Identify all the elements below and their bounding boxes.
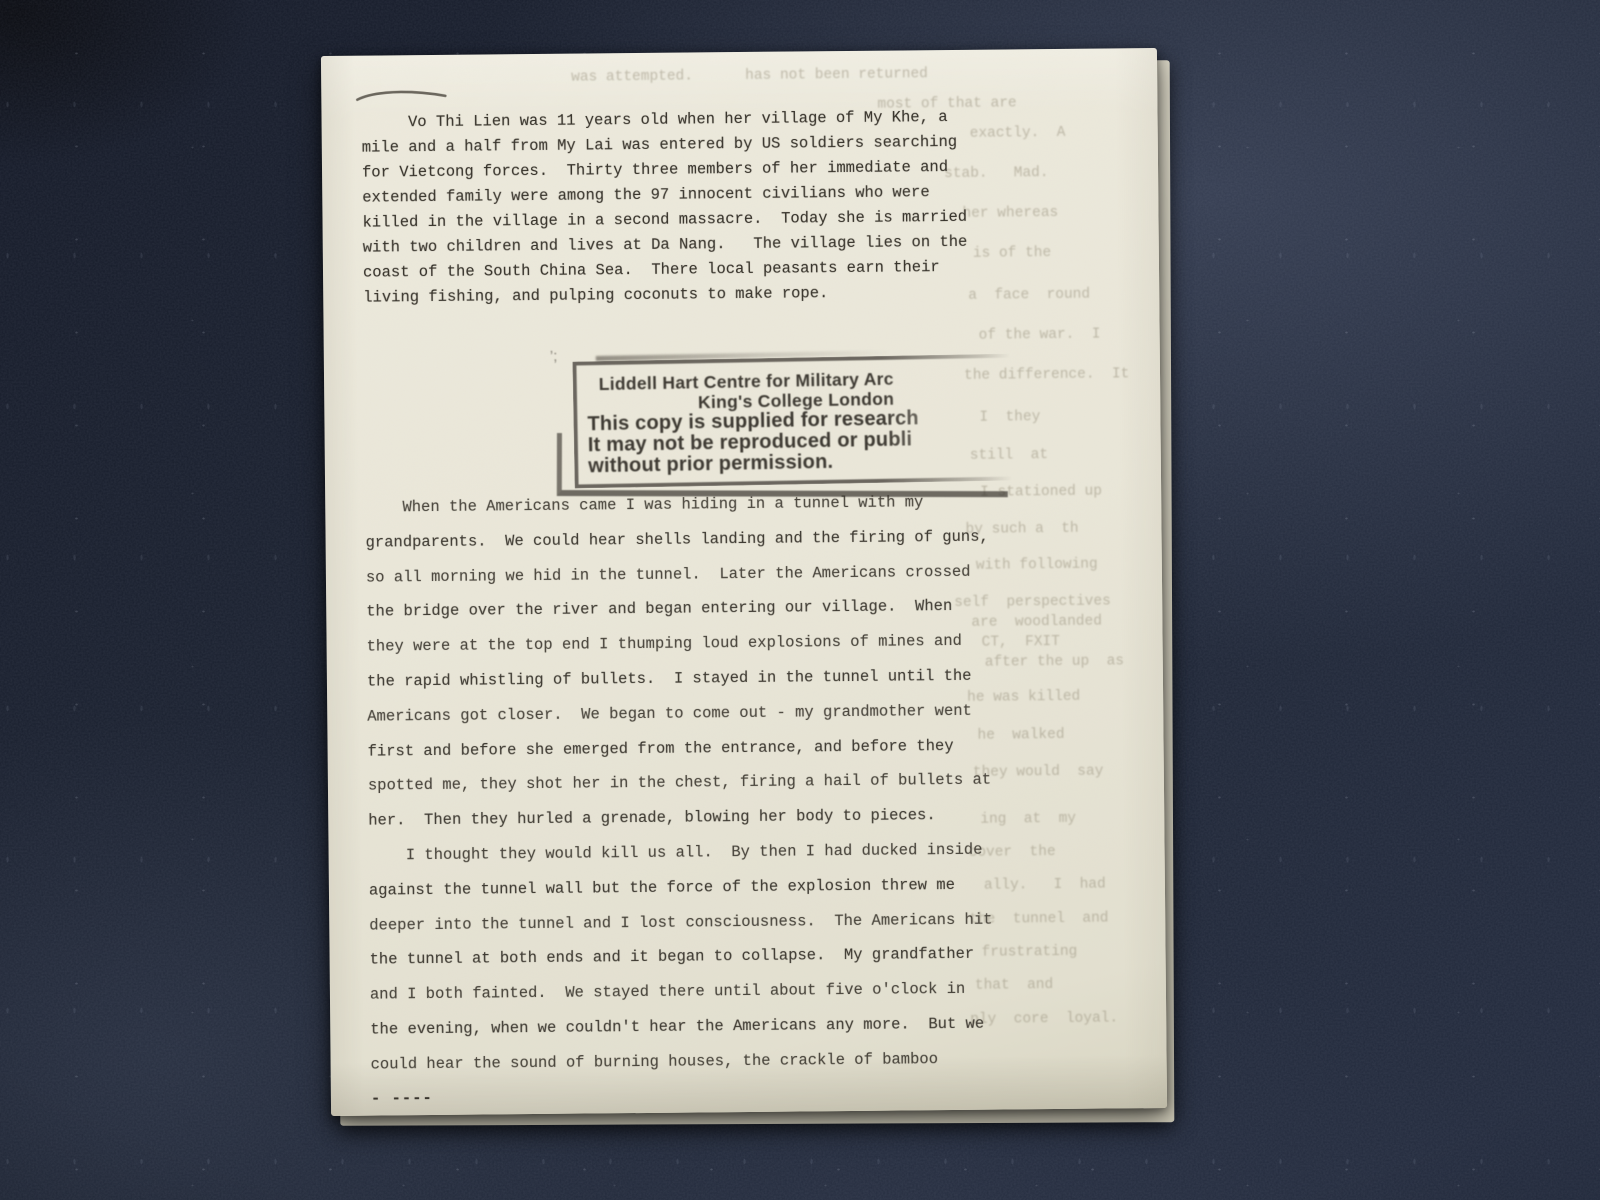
typed-line: I thought they would kill us all. By the… <box>368 833 992 874</box>
bleedthrough-fragment: is of the <box>973 245 1051 262</box>
bleedthrough-fragment: with following <box>976 557 1098 574</box>
typed-line: her. Then they hurled a grenade, blowing… <box>368 798 992 839</box>
bleedthrough-fragment: a face round <box>968 287 1090 304</box>
bleedthrough-fragment: ally. I had <box>984 877 1106 894</box>
typed-line: grandparents. We could hear shells landi… <box>365 519 989 560</box>
typed-line: the evening, when we couldn't hear the A… <box>370 1007 994 1048</box>
bleedthrough-fragment: ing at my <box>980 811 1076 828</box>
bleedthrough-fragment: was attempted. has not been returned <box>571 66 928 85</box>
pen-mark <box>355 88 451 107</box>
typed-line: deeper into the tunnel and I lost consci… <box>369 902 993 943</box>
typed-line: Americans got closer. We began to come o… <box>367 693 991 734</box>
bleedthrough-fragment: frustrating <box>981 944 1077 961</box>
bleedthrough-fragment: of the war. I <box>979 327 1101 344</box>
bleedthrough-fragment: CT, FXIT <box>982 634 1060 651</box>
typed-line: the bridge over the river and began ente… <box>366 589 990 630</box>
typed-paragraph-3: I thought they would kill us all. By the… <box>368 833 994 1083</box>
typed-line: they were at the top end I thumping loud… <box>366 624 990 665</box>
typed-line: against the tunnel wall but the force of… <box>369 867 993 908</box>
typed-line: could hear the sound of burning houses, … <box>370 1041 994 1082</box>
typed-line: first and before she emerged from the en… <box>367 728 991 769</box>
stamp-corner-mark: ’; <box>550 348 568 362</box>
end-dashes: - ---- <box>371 1081 433 1116</box>
bleedthrough-fragment: are woodlanded <box>971 614 1102 631</box>
typed-line: living fishing, and pulping coconuts to … <box>363 280 968 311</box>
typed-paragraph-2: When the Americans came I was hiding in … <box>365 485 992 839</box>
bleedthrough-fragment: exactly. A <box>970 125 1066 142</box>
photo-backdrop: was attempted. has not been returnedmost… <box>0 0 1600 1200</box>
typed-line: When the Americans came I was hiding in … <box>365 485 989 526</box>
bleedthrough-fragment: after the up as <box>985 653 1124 670</box>
typed-line: the rapid whistling of bullets. I stayed… <box>367 659 991 700</box>
bleedthrough-fragment: her whereas <box>962 205 1058 222</box>
bleedthrough-fragment: they would say <box>973 764 1104 781</box>
typed-line: the tunnel at both ends and it began to … <box>369 937 993 978</box>
typed-line: and I both fainted. We stayed there unti… <box>370 972 994 1013</box>
typed-line: spotted me, they shot her in the chest, … <box>368 763 992 804</box>
typed-line: so all morning we hid in the tunnel. Lat… <box>366 554 990 595</box>
document-page: was attempted. has not been returnedmost… <box>321 48 1167 1116</box>
typed-paragraph-1: Vo Thi Lien was 11 years old when her vi… <box>361 105 968 311</box>
